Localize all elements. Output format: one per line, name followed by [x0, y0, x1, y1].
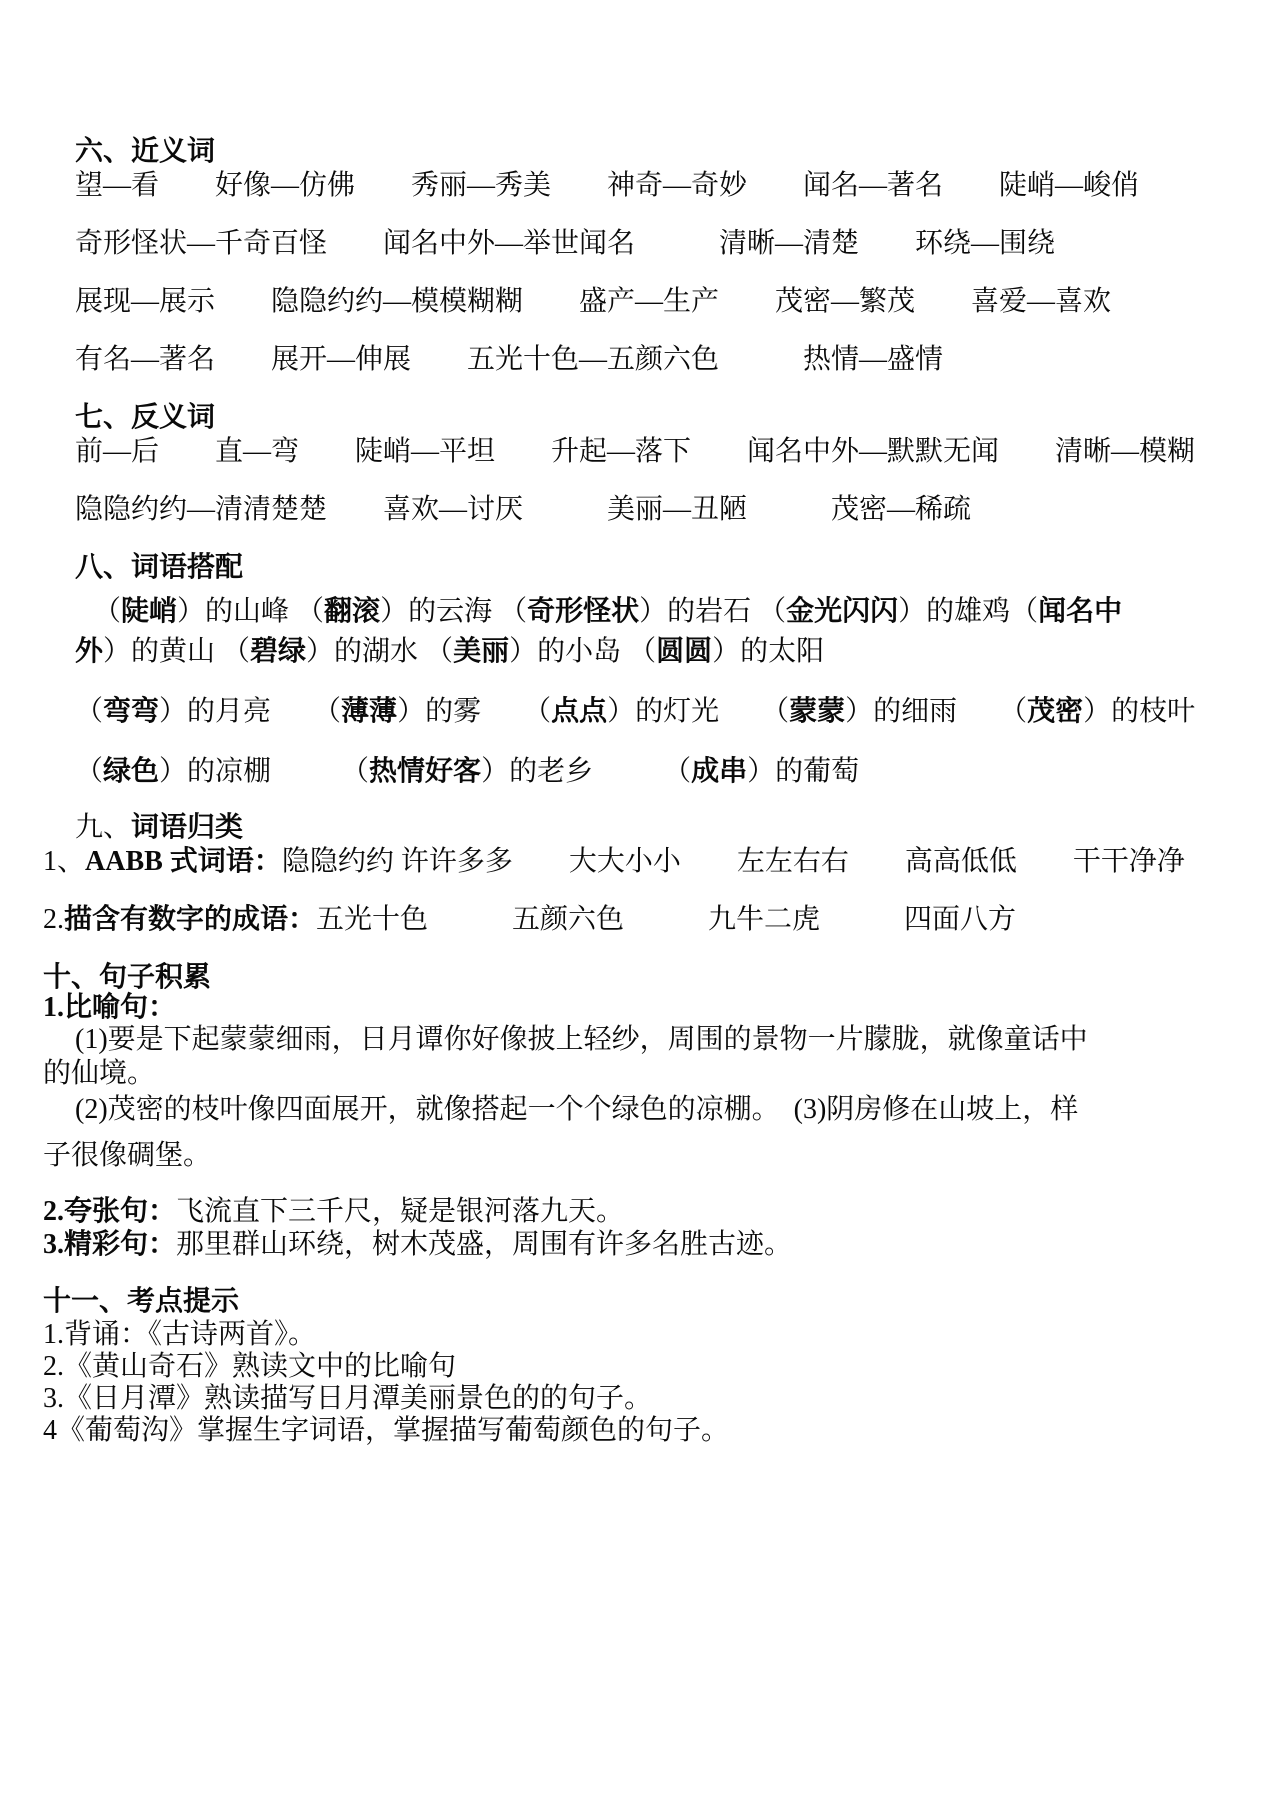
- text: 望—看 好像—仿佛 秀丽—秀美 神奇—奇妙 闻名—著名 陡峭—峻俏: [75, 170, 1139, 201]
- bold-text: 碧绿: [250, 636, 306, 667]
- text: （: [75, 696, 103, 727]
- text-line: 2.《黄山奇石》熟读文中的比喻句: [43, 1353, 1237, 1381]
- text: ）的岩石 （: [639, 596, 786, 627]
- section-synonyms: 六、近义词望—看 好像—仿佛 秀丽—秀美 神奇—奇妙 闻名—著名 陡峭—峻俏奇形…: [43, 138, 1237, 374]
- text-line: 隐隐约约—清清楚楚 喜欢—讨厌 美丽—丑陋 茂密—稀疏: [75, 496, 1237, 524]
- bold-text: 3.精彩句：: [43, 1229, 176, 1260]
- section-exam-tips: 十一、考点提示1.背诵：《古诗两首》。2.《黄山奇石》熟读文中的比喻句3.《日月…: [43, 1288, 1237, 1445]
- text-line: 外）的黄山 （碧绿）的湖水 （美丽）的小岛 （圆圆）的太阳: [75, 638, 1237, 666]
- section-heading: 六、近义词: [75, 138, 1237, 166]
- text-line: 前—后 直—弯 陡峭—平坦 升起—落下 闻名中外—默默无闻 清晰—模糊: [75, 438, 1237, 466]
- text: ）的太阳: [712, 636, 824, 667]
- bold-text: 圆圆: [656, 636, 712, 667]
- text: 2.: [43, 904, 64, 935]
- text-line: 有名—著名 展开—伸展 五光十色—五颜六色 热情—盛情: [75, 346, 1237, 374]
- bold-text: 陡峭: [121, 596, 177, 627]
- section-heading: 十、句子积累: [43, 964, 1237, 992]
- section-heading: 九、词语归类: [75, 814, 1237, 842]
- text-line: （弯弯）的月亮 （薄薄）的雾 （点点）的灯光 （蒙蒙）的细雨 （茂密）的枝叶: [75, 698, 1237, 726]
- text: 隐隐约约—清清楚楚 喜欢—讨厌 美丽—丑陋 茂密—稀疏: [75, 494, 971, 525]
- bold-text: 八、词语搭配: [75, 552, 243, 583]
- bold-text: 茂密: [1027, 696, 1083, 727]
- bold-text: 十一、考点提示: [43, 1286, 239, 1317]
- document-page: 六、近义词望—看 好像—仿佛 秀丽—秀美 神奇—奇妙 闻名—著名 陡峭—峻俏奇形…: [0, 0, 1277, 1814]
- bold-text: 点点: [551, 696, 607, 727]
- bold-text: 2.夸张句：: [43, 1196, 176, 1227]
- text: 前—后 直—弯 陡峭—平坦 升起—落下 闻名中外—默默无闻 清晰—模糊: [75, 436, 1195, 467]
- text: (1)要是下起蒙蒙细雨，日月谭你好像披上轻纱，周围的景物一片朦胧，就像童话中: [75, 1024, 1088, 1055]
- section-heading: 十一、考点提示: [43, 1288, 1237, 1316]
- section-heading: 七、反义词: [75, 404, 1237, 432]
- text-line: 3.《日月潭》熟读描写日月潭美丽景色的的句子。: [43, 1385, 1237, 1413]
- text-line: （绿色）的凉棚 （热情好客）的老乡 （成串）的葡萄: [75, 758, 1237, 786]
- section-categories: 九、词语归类1、AABB 式词语：隐隐约约 许许多多 大大小小 左左右右 高高低…: [43, 814, 1237, 934]
- bold-text: 薄薄: [341, 696, 397, 727]
- text: ）的湖水 （: [306, 636, 453, 667]
- text-line: 4《葡萄沟》掌握生字词语，掌握描写葡萄颜色的句子。: [43, 1417, 1237, 1445]
- text: ）的老乡 （: [481, 756, 691, 787]
- text-line: 子很像碉堡。: [43, 1142, 1237, 1170]
- text: 九、: [75, 812, 131, 843]
- text: ）的灯光 （: [607, 696, 789, 727]
- text: ）的枝叶: [1083, 696, 1195, 727]
- text: ）的凉棚 （: [159, 756, 369, 787]
- bold-text: 十、句子积累: [43, 962, 211, 993]
- bold-text: 七、反义词: [75, 402, 215, 433]
- text: ）的山峰 （: [177, 596, 324, 627]
- bold-text: 六、近义词: [75, 136, 215, 167]
- text: 的仙境。: [43, 1058, 155, 1089]
- text: ）的葡萄: [747, 756, 859, 787]
- bold-text: 描含有数字的成语：: [64, 904, 316, 935]
- text: ）的云海 （: [380, 596, 527, 627]
- text-line: 奇形怪状—千奇百怪 闻名中外—举世闻名 清晰—清楚 环绕—围绕: [75, 230, 1237, 258]
- text: ）的月亮 （: [159, 696, 341, 727]
- bold-text: 美丽: [453, 636, 509, 667]
- text-line: 展现—展示 隐隐约约—模模糊糊 盛产—生产 茂密—繁茂 喜爱—喜欢: [75, 288, 1237, 316]
- text-line: 的仙境。: [43, 1060, 1237, 1088]
- bold-text: 1.比喻句：: [43, 992, 176, 1023]
- text: 4《葡萄沟》掌握生字词语，掌握描写葡萄颜色的句子。: [43, 1415, 729, 1446]
- bold-text: 闻名中: [1038, 596, 1122, 627]
- document: 六、近义词望—看 好像—仿佛 秀丽—秀美 神奇—奇妙 闻名—著名 陡峭—峻俏奇形…: [0, 0, 1277, 1445]
- section-antonyms: 七、反义词前—后 直—弯 陡峭—平坦 升起—落下 闻名中外—默默无闻 清晰—模糊…: [43, 404, 1237, 524]
- text: ）的小岛 （: [509, 636, 656, 667]
- text-line: （陡峭）的山峰 （翻滚）的云海 （奇形怪状）的岩石 （金光闪闪）的雄鸡（闻名中: [93, 598, 1237, 626]
- bold-text: AABB 式词语：: [85, 846, 282, 877]
- bold-text: 蒙蒙: [789, 696, 845, 727]
- section-heading: 八、词语搭配: [75, 554, 1237, 582]
- section-sentences: 十、句子积累1.比喻句：(1)要是下起蒙蒙细雨，日月谭你好像披上轻纱，周围的景物…: [43, 964, 1237, 1259]
- text-line: 2.夸张句：飞流直下三千尺，疑是银河落九天。: [43, 1198, 1237, 1226]
- bold-text: 绿色: [103, 756, 159, 787]
- text-line: 望—看 好像—仿佛 秀丽—秀美 神奇—奇妙 闻名—著名 陡峭—峻俏: [75, 172, 1237, 200]
- text-line: 3.精彩句：那里群山环绕，树木茂盛，周围有许多名胜古迹。: [43, 1231, 1237, 1259]
- text-line: 2.描含有数字的成语：五光十色 五颜六色 九牛二虎 四面八方: [43, 906, 1237, 934]
- bold-text: 金光闪闪: [786, 596, 898, 627]
- bold-text: 翻滚: [324, 596, 380, 627]
- text: 隐隐约约 许许多多 大大小小 左左右右 高高低低 干干净净: [282, 846, 1185, 877]
- text: 子很像碉堡。: [43, 1140, 211, 1171]
- section-collocations: 八、词语搭配（陡峭）的山峰 （翻滚）的云海 （奇形怪状）的岩石 （金光闪闪）的雄…: [43, 554, 1237, 786]
- text: 飞流直下三千尺，疑是银河落九天。: [176, 1196, 624, 1227]
- text: （: [75, 756, 103, 787]
- text: 奇形怪状—千奇百怪 闻名中外—举世闻名 清晰—清楚 环绕—围绕: [75, 228, 1055, 259]
- text: ）的黄山 （: [103, 636, 250, 667]
- text: ）的雾 （: [397, 696, 551, 727]
- bold-text: 外: [75, 636, 103, 667]
- bold-text: 成串: [691, 756, 747, 787]
- text: ）的细雨 （: [845, 696, 1027, 727]
- text: 3.《日月潭》熟读描写日月潭美丽景色的的句子。: [43, 1383, 652, 1414]
- bold-text: 热情好客: [369, 756, 481, 787]
- text: 那里群山环绕，树木茂盛，周围有许多名胜古迹。: [176, 1229, 792, 1260]
- text: 有名—著名 展开—伸展 五光十色—五颜六色 热情—盛情: [75, 344, 943, 375]
- text: (2)茂密的枝叶像四面展开，就像搭起一个个绿色的凉棚。 (3)阴房修在山坡上，样: [75, 1094, 1078, 1125]
- bold-text: 词语归类: [131, 812, 243, 843]
- bold-text: 弯弯: [103, 696, 159, 727]
- text: 五光十色 五颜六色 九牛二虎 四面八方: [316, 904, 1016, 935]
- text: 1.背诵：《古诗两首》。: [43, 1319, 316, 1350]
- text-line: (2)茂密的枝叶像四面展开，就像搭起一个个绿色的凉棚。 (3)阴房修在山坡上，样: [43, 1096, 1237, 1124]
- text: 展现—展示 隐隐约约—模模糊糊 盛产—生产 茂密—繁茂 喜爱—喜欢: [75, 286, 1111, 317]
- text: ）的雄鸡（: [898, 596, 1038, 627]
- text: 2.《黄山奇石》熟读文中的比喻句: [43, 1351, 456, 1382]
- text: 1、: [43, 846, 85, 877]
- text-line: (1)要是下起蒙蒙细雨，日月谭你好像披上轻纱，周围的景物一片朦胧，就像童话中: [43, 1026, 1237, 1054]
- text-line: 1.背诵：《古诗两首》。: [43, 1321, 1237, 1349]
- text-line: 1.比喻句：: [43, 994, 1237, 1022]
- bold-text: 奇形怪状: [527, 596, 639, 627]
- text: （: [93, 596, 121, 627]
- text-line: 1、AABB 式词语：隐隐约约 许许多多 大大小小 左左右右 高高低低 干干净净: [43, 848, 1237, 876]
